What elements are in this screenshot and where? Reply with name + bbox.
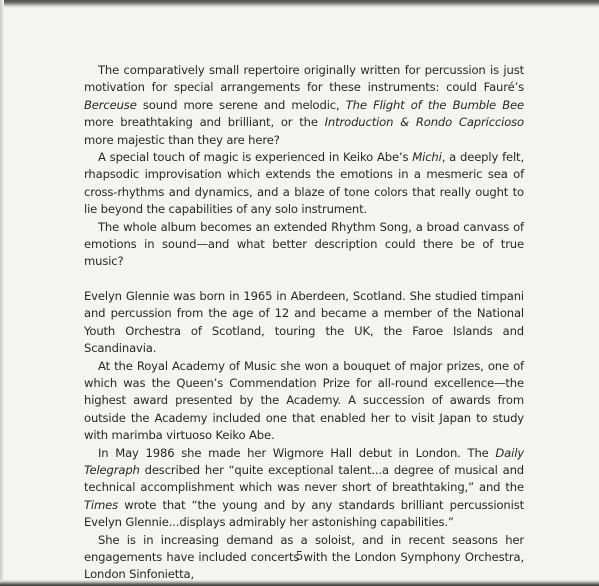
page-number: 5 xyxy=(0,549,599,563)
section-divider-space xyxy=(84,271,524,288)
paragraph-wigmore-debut: In May 1986 she made her Wigmore Hall de… xyxy=(84,445,524,532)
text-run: more breathtaking and brilliant, or the xyxy=(84,115,325,129)
text-run: The whole album becomes an extended Rhyt… xyxy=(84,220,524,269)
text-run: Evelyn Glennie was born in 1965 in Aberd… xyxy=(84,289,524,355)
italic-title-text: Times xyxy=(84,498,118,512)
page-left-edge-shadow xyxy=(0,0,4,586)
page-top-edge-shadow xyxy=(0,0,599,8)
text-run: wrote that “the young and by any standar… xyxy=(84,498,524,529)
paragraph-biography-intro: Evelyn Glennie was born in 1965 in Aberd… xyxy=(84,288,524,358)
italic-title-text: Introduction & Rondo Capriccioso xyxy=(325,115,524,129)
body-text: The comparatively small repertoire origi… xyxy=(84,62,524,584)
paragraph-repertoire: The comparatively small repertoire origi… xyxy=(84,62,524,149)
text-run: A special touch of magic is experienced … xyxy=(98,150,412,164)
italic-title-text: Berceuse xyxy=(84,98,137,112)
page-bottom-edge-shadow xyxy=(0,580,599,586)
text-run: described her “quite exceptional talent.… xyxy=(84,463,524,494)
paragraph-rhythm-song: The whole album becomes an extended Rhyt… xyxy=(84,219,524,271)
paragraph-royal-academy: At the Royal Academy of Music she won a … xyxy=(84,358,524,445)
italic-title-text: The Flight of the Bumble Bee xyxy=(346,98,524,112)
text-run: sound more serene and melodic, xyxy=(137,98,346,112)
italic-title-text: Michi xyxy=(412,150,441,164)
text-run: At the Royal Academy of Music she won a … xyxy=(84,359,524,443)
text-run: In May 1986 she made her Wigmore Hall de… xyxy=(98,446,495,460)
text-run: The comparatively small repertoire origi… xyxy=(84,63,524,94)
paragraph-michi: A special touch of magic is experienced … xyxy=(84,149,524,219)
text-run: more majestic than they are here? xyxy=(84,133,280,147)
booklet-page: The comparatively small repertoire origi… xyxy=(0,0,599,586)
